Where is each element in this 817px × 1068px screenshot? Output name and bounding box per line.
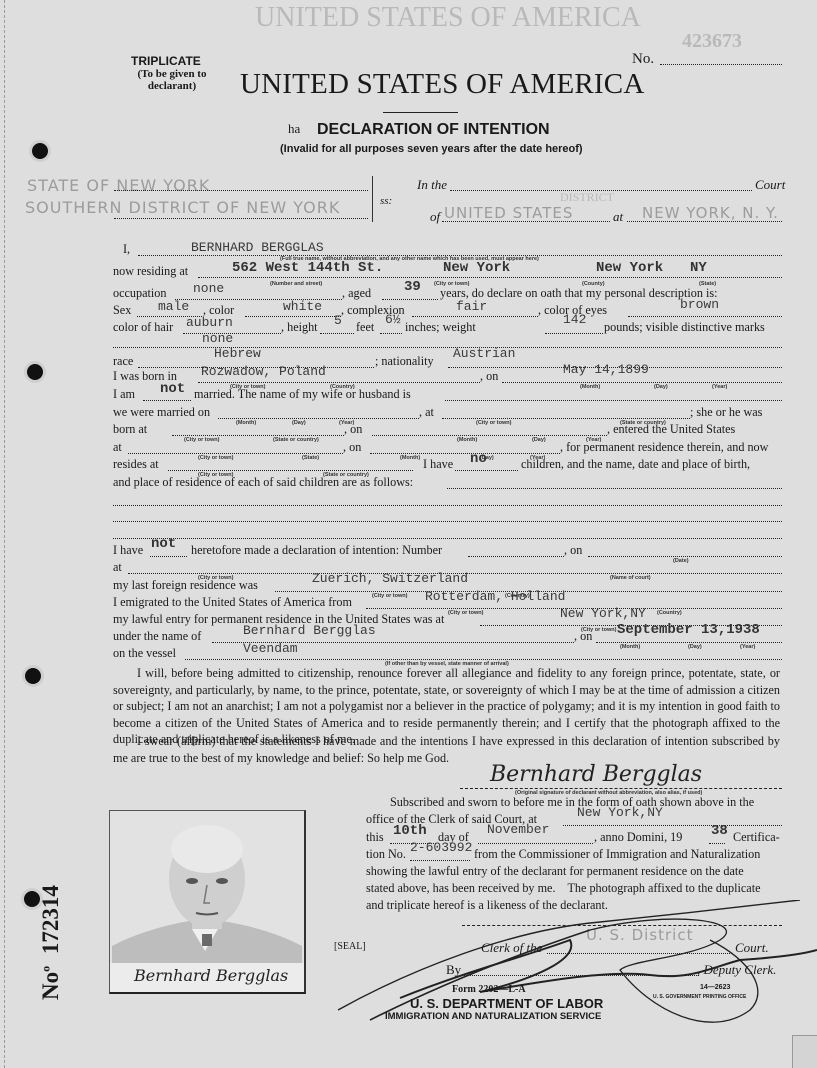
corner-tab [792,1035,817,1068]
form-prefix: ha [288,121,300,137]
spouse-day-caption: (Day) [532,437,546,443]
month[interactable]: November [487,822,549,837]
aged-label: , aged [342,286,371,301]
entry-port[interactable]: New York,NY [560,606,646,621]
cert-number[interactable]: 2-603992 [410,840,472,855]
portrait-icon [110,811,304,963]
entry-month-caption: (Month) [400,455,420,461]
height-feet[interactable]: 5 [334,313,342,328]
copy-type: TRIPLICATE [131,54,201,68]
service: IMMIGRATION AND NATURALIZATION SERVICE [385,1011,601,1022]
copy-note: (To be given to declarant) [127,68,217,92]
feet-label: feet [356,320,374,335]
prior-on-label: , on [564,543,582,558]
age-field[interactable] [382,299,438,300]
perm-label: , for permanent residence therein, and n… [560,440,768,455]
district-field[interactable] [114,218,368,219]
spouse-name-field[interactable] [445,400,782,401]
entry-on-label: , on [574,629,592,644]
cert-number-field[interactable] [410,860,470,861]
marital-status[interactable]: not [160,381,185,397]
eyes[interactable]: brown [680,297,719,312]
color[interactable]: white [283,299,322,314]
entry-name[interactable]: Bernhard Bergglas [243,623,376,638]
state-stamp: STATE OF NEW YORK [27,176,210,195]
declarant-photo: Bernhard Bergglas [109,810,306,994]
court-location-stamp: NEW YORK, N. Y. [642,204,779,222]
complexion[interactable]: fair [456,299,487,314]
prior-date-field[interactable] [588,556,782,557]
prior-text: heretofore made a declaration of intenti… [191,543,442,558]
children-field-2[interactable] [113,505,782,506]
marriage-place-field[interactable] [442,418,690,419]
children-field-4[interactable] [113,538,782,539]
entered-on-label: , on [343,440,361,455]
vessel-label: on the vessel [113,646,176,661]
pounds-label: pounds; visible distinctive marks [604,320,765,335]
city[interactable]: New York [443,260,510,276]
birthdate-field[interactable] [502,382,782,383]
birthplace-field[interactable] [198,382,480,383]
children-field-3[interactable] [113,521,782,522]
serial-number: Noo 172314 [38,885,64,1000]
height-label: , height [281,320,318,335]
print-code: 14—2623 [700,984,730,991]
day[interactable]: 10th [393,823,427,839]
cert-text-line-2: showing the lawful entry of the declaran… [366,864,744,879]
born-at-label: born at [113,422,147,437]
spouse-birthdate-field[interactable] [372,435,607,436]
emigrated-from[interactable]: Rotterdam, Holland [425,589,565,604]
married-on-label: we were married on [113,405,210,420]
marital-status-field[interactable] [143,400,191,401]
age[interactable]: 39 [404,279,421,295]
birthplace[interactable]: Rozwadow, Poland [201,364,326,379]
vessel-field[interactable] [185,659,782,660]
number-label: No. [632,51,654,68]
year-field[interactable] [709,843,725,844]
ss-label: ss: [380,195,392,207]
court-name-stamp: UNITED STATES [444,204,573,222]
ghost-number: 423673 [682,30,742,53]
year[interactable]: 38 [711,823,728,839]
entry-date-month-caption: (Month) [620,644,640,650]
declarant-signature[interactable]: Bernhard Bergglas [490,762,702,787]
spouse-birthplace-field[interactable] [172,435,344,436]
spouse-entry-place-field[interactable] [128,453,343,454]
printer: U. S. GOVERNMENT PRINTING OFFICE [653,994,746,1000]
serial-label: No [38,972,63,1000]
sex-label: Sex [113,303,131,318]
spouse-month-caption: (Month) [457,437,477,443]
form-title: DECLARATION OF INTENTION [317,121,550,139]
street-caption: (Number and street) [270,281,322,287]
in-the-label: In the [417,177,447,193]
vessel[interactable]: Veendam [243,641,298,656]
hair[interactable]: auburn [186,315,233,330]
department: U. S. DEPARTMENT OF LABOR [410,996,603,1011]
weight[interactable]: 142 [563,312,586,327]
hair-label: color of hair [113,320,173,335]
spouse-born-on-label: , on [344,422,362,437]
nationality-label: ; nationality [375,354,434,369]
weight-field[interactable] [545,333,603,334]
birth-year-caption: (Year) [712,384,727,390]
street[interactable]: 562 West 144th St. [232,260,383,276]
have-label: I have [423,457,453,472]
children-text: children, and the name, date and place o… [521,457,750,472]
last-residence[interactable]: Zuerich, Switzerland [312,571,468,586]
entry-date-field[interactable] [596,642,782,643]
residence-field[interactable] [198,277,782,278]
prior-status[interactable]: not [151,536,176,552]
entry-state-caption: (State) [302,455,319,461]
inches-label: inches; weight [405,320,476,335]
married-at-label: , at [419,405,434,420]
emigrated-country-caption: (Country) [657,610,682,616]
i-am-label: I am [113,387,135,402]
birth-month-caption: (Month) [580,384,600,390]
at-label: at [613,209,623,225]
office-location-field[interactable] [563,825,782,826]
birth-day-caption: (Day) [654,384,668,390]
signature-line [460,788,782,789]
children-place-text: and place of residence of each of said c… [113,475,413,490]
county[interactable]: New York [596,260,663,276]
court-label: Court [755,177,785,193]
emigrated-city-caption: (City or town) [448,610,483,616]
height-inches[interactable]: 6½ [385,312,401,327]
office-location[interactable]: New York,NY [577,805,663,820]
sex[interactable]: male [158,299,189,314]
entry-date-day-caption: (Day) [688,644,702,650]
prior-at-label: at [113,560,122,575]
race[interactable]: Hebrew [214,346,261,361]
state[interactable]: NY [690,260,707,276]
spouse-state-caption: (State or country) [273,437,319,443]
entry-date-year-caption: (Year) [740,644,755,650]
punch-hole-icon [27,364,43,380]
children-count-field[interactable] [455,470,518,471]
entered-label: , entered the United States [607,422,735,437]
height-inches-field[interactable] [380,333,402,334]
prior-status-field[interactable] [150,556,187,557]
eyes-field[interactable] [628,316,782,317]
state-field[interactable] [114,190,368,191]
form-number: Form 2202—L-A [452,984,526,995]
color-field[interactable] [245,316,341,317]
form-subtitle: (Invalid for all purposes seven years af… [280,143,583,155]
i-label: I, [123,242,130,257]
occupation[interactable]: none [193,281,224,296]
last-city-caption: (City or town) [372,593,407,599]
this-label: this [366,830,384,845]
marriage-date-field[interactable] [218,418,419,419]
last-residence-label: my last foreign residence was [113,578,258,593]
birth-date[interactable]: May 14,1899 [563,362,649,377]
of-label: of [430,209,440,225]
born-she-label: ; she or he was [690,405,762,420]
married-day-caption: (Day) [292,420,306,426]
declaration-page: UNITED STATES OF AMERICA 423673 TRIPLICA… [0,0,817,1068]
punch-hole-icon [25,668,41,684]
married-city-caption: (City or town) [476,420,511,426]
prior-have-label: I have [113,543,143,558]
emigrated-label: I emigrated to the United States of Amer… [113,595,352,610]
full-name[interactable]: BERNHARD BERGGLAS [191,240,324,255]
prior-date-caption: (Date) [673,558,689,564]
photo-signature: Bernhard Bergglas [134,966,288,985]
month-field[interactable] [478,843,593,844]
punch-hole-icon [32,143,48,159]
commissioner-text: from the Commissioner of Immigration and… [474,847,760,862]
resides-label: resides at [113,457,159,472]
married-month-caption: (Month) [236,420,256,426]
ghost-header: UNITED STATES OF AMERICA [255,2,641,34]
race-label: race [113,354,133,369]
children-field-1[interactable] [447,488,782,489]
prior-number-field[interactable] [468,556,564,557]
distinctive-marks[interactable]: none [202,331,233,346]
cert-text-line-3: stated above, has been received by me. T… [366,881,761,896]
nationality[interactable]: Austrian [453,346,515,361]
prior-court-caption: (Name of court) [610,575,651,581]
tion-label: tion No. [366,847,406,862]
entry-name-label: under the name of [113,629,201,644]
married-text: married. The name of my wife or husband … [194,387,411,402]
spouse-residence-field[interactable] [168,470,413,471]
complexion-field[interactable] [412,316,538,317]
entry-city-caption: (City or town) [198,455,233,461]
ghost-district: DISTRICT [560,190,614,205]
spouse-entry-date-field[interactable] [370,453,560,454]
entered-at-label: at [113,440,122,455]
venue-brace [372,176,373,222]
anno-label: , anno Domini, 19 [594,830,682,845]
main-title: UNITED STATES OF AMERICA [240,68,644,101]
serial-value: 172314 [38,885,63,954]
district-stamp: SOUTHERN DISTRICT OF NEW YORK [25,198,340,217]
number-field[interactable] [660,64,782,65]
children-count[interactable]: no [470,451,487,467]
certifica-label: Certifica- [733,830,780,845]
height-feet-field[interactable] [320,333,354,334]
residing-label: now residing at [113,264,188,279]
born-on-label: , on [480,369,498,384]
title-rule [383,112,458,113]
entry-date[interactable]: September 13,1938 [617,622,760,638]
sworn-text: Subscribed and sworn to before me in the… [390,795,754,810]
page-edge [4,0,7,1068]
spouse-city-caption: (City or town) [184,437,219,443]
